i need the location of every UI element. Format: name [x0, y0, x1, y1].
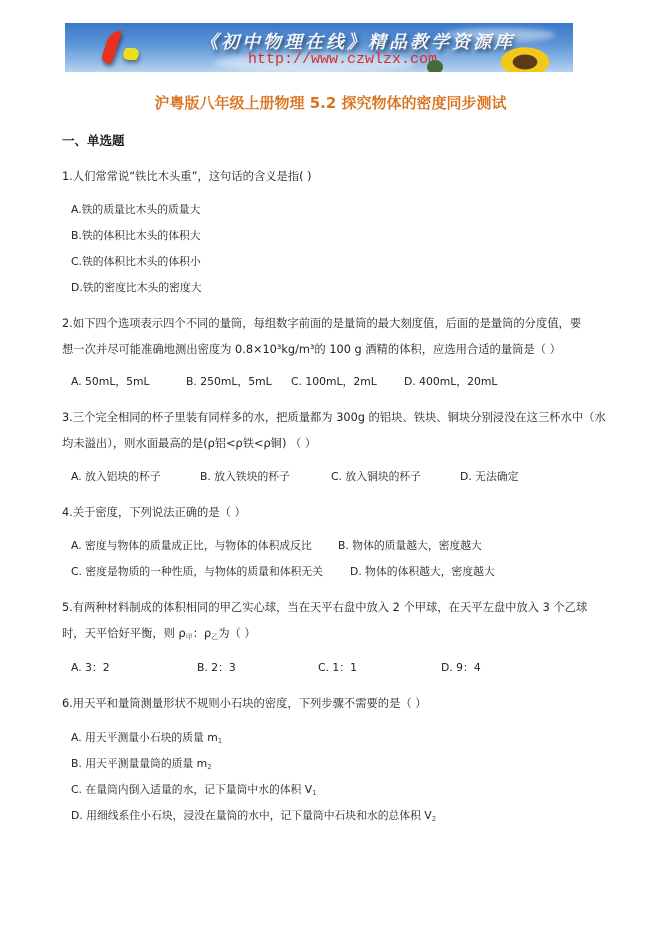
question-4-option-a: A. 密度与物体的质量成正比，与物体的体积成反比 [71, 538, 312, 553]
leaf-icon [427, 60, 443, 72]
option-text: A. 用天平测量小石块的质量 m [71, 731, 218, 744]
question-6-stem: 6.用天平和量筒测量形状不规则小石块的密度，下列步骤不需要的是（ ） [62, 695, 427, 711]
sunflower-icon [497, 45, 553, 72]
question-3-option-b: B. 放入铁块的杯子 [200, 469, 290, 484]
question-6-option-a: A. 用天平测量小石块的质量 m1 [71, 730, 222, 745]
subscript: 2 [432, 815, 436, 823]
document-title: 沪粤版八年级上册物理 5.2 探究物体的密度同步测试 [0, 92, 661, 113]
question-4-option-b: B. 物体的质量越大，密度越大 [338, 538, 482, 553]
question-2-option-b: B. 250mL，5mL [186, 374, 272, 389]
question-4-option-d: D. 物体的体积越大，密度越大 [350, 564, 495, 579]
question-5-option-a: A. 3：2 [71, 660, 110, 675]
question-1-option-b: B.铁的体积比木头的体积大 [71, 228, 201, 243]
question-1-option-d: D.铁的密度比木头的密度大 [71, 280, 202, 295]
question-3-option-c: C. 放入铜块的杯子 [331, 469, 421, 484]
question-5-option-b: B. 2：3 [197, 660, 236, 675]
subscript: 2 [207, 763, 211, 771]
question-2-stem-line1: 2.如下四个选项表示四个不同的量筒，每组数字前面的是量筒的最大刻度值，后面的是量… [62, 315, 581, 331]
question-1-stem: 1.人们常常说“铁比木头重”，这句话的含义是指( ) [62, 168, 312, 184]
question-3-option-a: A. 放入铝块的杯子 [71, 469, 161, 484]
question-5-option-d: D. 9：4 [441, 660, 481, 675]
section-heading: 一、单选题 [62, 131, 125, 149]
question-3-stem-line2: 均未溢出），则水面最高的是(ρ铝<ρ铁<ρ铜) （ ） [62, 435, 316, 451]
question-5-option-c: C. 1：1 [318, 660, 357, 675]
question-6-option-d: D. 用细线系住小石块，浸没在量筒的水中，记下量筒中石块和水的总体积 V2 [71, 808, 436, 823]
subscript: 1 [218, 737, 222, 745]
subscript-jia: 甲 [186, 633, 193, 641]
question-5-stem-pre: 时，天平恰好平衡，则 ρ [62, 627, 186, 640]
logo-yellow-icon [121, 48, 141, 60]
header-banner: 《初中物理在线》精品教学资源库 http://www.czwlzx.com [65, 23, 573, 72]
question-5-stem-post: 为（ ） [218, 627, 255, 640]
question-1-option-a: A.铁的质量比木头的质量大 [71, 202, 200, 217]
question-2-option-c: C. 100mL，2mL [291, 374, 377, 389]
logo-red-icon [100, 31, 122, 63]
question-3-option-d: D. 无法确定 [460, 469, 518, 484]
question-3-stem-line1: 3.三个完全相同的杯子里装有同样多的水，把质量都为 300g 的铝块、铁块、铜块… [62, 409, 606, 425]
question-5-stem-line2: 时，天平恰好平衡，则 ρ甲：ρ乙为（ ） [62, 625, 256, 642]
question-5-stem-line1: 5.有两种材料制成的体积相同的甲乙实心球，当在天平右盘中放入 2 个甲球，在天平… [62, 599, 587, 615]
subscript: 1 [312, 789, 316, 797]
question-2-option-a: A. 50mL，5mL [71, 374, 150, 389]
option-text: D. 用细线系住小石块，浸没在量筒的水中，记下量筒中石块和水的总体积 V [71, 809, 432, 822]
question-5-stem-mid: ：ρ [193, 627, 211, 640]
question-4-stem: 4.关于密度，下列说法正确的是（ ） [62, 504, 246, 520]
question-2-option-d: D. 400mL，20mL [404, 374, 497, 389]
question-4-option-c: C. 密度是物质的一种性质，与物体的质量和体积无关 [71, 564, 323, 579]
option-text: B. 用天平测量量筒的质量 m [71, 757, 207, 770]
question-6-option-c: C. 在量筒内倒入适量的水，记下量筒中水的体积 V1 [71, 782, 317, 797]
banner-url: http://www.czwlzx.com [248, 51, 437, 68]
question-1-option-c: C.铁的体积比木头的体积小 [71, 254, 201, 269]
question-2-stem-line2: 想一次并尽可能准确地测出密度为 0.8×10³kg/m³的 100 g 酒精的体… [62, 341, 561, 357]
option-text: C. 在量筒内倒入适量的水，记下量筒中水的体积 V [71, 783, 312, 796]
question-6-option-b: B. 用天平测量量筒的质量 m2 [71, 756, 212, 771]
